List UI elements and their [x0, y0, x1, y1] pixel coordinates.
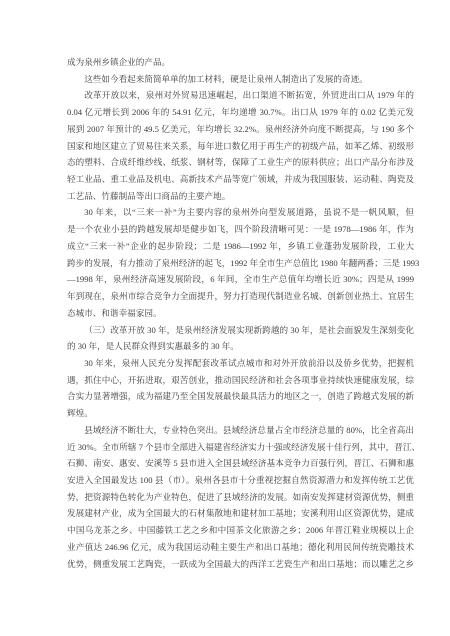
text-line: 成立“三来一补”企业的起步阶段；二是 1986—1992 年，乡镇工业蓬勃发展阶…: [67, 238, 414, 255]
text-line: 石狮、南安、惠安、安溪等 5 县市进入全国县域经济基本竞争力百强行列，晋江、石狮…: [67, 455, 414, 472]
text-line: 0.04 亿元增长到 2006 年的 54.91 亿元，年均递增 30.7%。出…: [67, 104, 414, 121]
text-line: 年到现在，泉州市综合竞争力全面提升，努力打造现代制造业名城、创新创业热土、宜居生: [67, 288, 414, 305]
text-line: 是一个农业小县的跨越发展却是健步如飞，四个阶段清晰可见：一是 1978—1986…: [67, 221, 414, 238]
text-line: 国家和地区建立了贸易往来关系，每年进口数亿用于再生产的初级产品，如苯乙烯、初级形: [67, 138, 414, 155]
text-line: 业产值达 246.96 亿元，成为我国运动鞋主要生产和出口基地；德化利用民间传统…: [67, 539, 414, 556]
text-line: 改革开放以来，泉州对外贸易迅速崛起，出口渠道不断拓宽，外贸进出口从 1979 年…: [67, 87, 414, 104]
document-page: 成为泉州乡镇企业的产品。 这些如今看起来简简单单的加工材料，硬是让泉州人制造出了…: [0, 0, 450, 636]
text-line: 的 30 年，是人民群众得到实惠最多的 30 年。: [67, 338, 414, 355]
text-line: 跨步的发展，有力推动了泉州经济的起飞，1992 年全市生产总值比 1980 年翻…: [67, 255, 414, 272]
text-line: 30 年来，以“三来一补”为主要内容的泉州外向型发展道路，虽说不是一帆风顺，但: [67, 204, 414, 221]
text-line: 轻工业品、重工业品及机电、高新技术产品等宽广领域，并成为我国服装、运动鞋、陶瓷及: [67, 171, 414, 188]
text-line: 态城市、和谐幸福家园。: [67, 305, 414, 322]
text-line: 近 30%。全市所辖 7 个县市全部进入福建省经济实力十强或经济发展十佳行列，其…: [67, 439, 414, 456]
text-line: 合实力显著增强，成为福建乃至全国发展最快最具活力的地区之一，创造了跨越式发展的新: [67, 388, 414, 405]
text-line: —1998 年，泉州经济高速发展阶段，6 年间，全市生产总值年均增长近 30%；…: [67, 271, 414, 288]
text-line: 中国乌龙茶之乡、中国藤铁工艺之乡和中国茶文化旅游之乡；2006 年晋江鞋业规模以…: [67, 522, 414, 539]
text-line: 工艺品、竹藤制品等出口商品的主要产地。: [67, 188, 414, 205]
text-line: 遇，抓住中心，开拓进取，艰苦创业，推动国民经济和社会各项事业持续快速健康发展，综: [67, 372, 414, 389]
text-line: 安进入全国最发达 100 县（市）。泉州各县市十分重视挖掘自然资源潜力和发挥传统…: [67, 472, 414, 489]
text-line: 态的塑料、合成纤维纱线、纸浆、钢材等，保障了工业生产的原料供应；出口产品分布涉及: [67, 154, 414, 171]
text-line: 优势，侧重发展工艺陶瓷，一跃成为全国最大的西洋工艺瓷生产和出口基地；而以雕艺之乡: [67, 556, 414, 573]
text-line: 发展建材产业，成为全国最大的石材集散地和建材加工基地；安溪利用山区资源优势，建成: [67, 505, 414, 522]
text-line: 势，把资源特色转化为产业特色，促进了县域经济的发展。如南安发挥建材资源优势，侧重: [67, 489, 414, 506]
text-line: （三）改革开放 30 年，是泉州经济发展实现新跨越的 30 年，是社会面貌发生深…: [67, 322, 414, 339]
text-line: 县域经济不断壮大，专业特色突出。县域经济总量占全市经济总量的 80%，比全省高出: [67, 422, 414, 439]
text-line: 这些如今看起来简简单单的加工材料，硬是让泉州人制造出了发展的奇迹。: [67, 71, 414, 88]
text-line: 展到 2007 年预计的 49.5 亿美元，年均增长 32.2%。泉州经济外向度…: [67, 121, 414, 138]
text-line: 成为泉州乡镇企业的产品。: [67, 54, 414, 71]
text-line: 30 年来，泉州人民充分发挥配套改革试点城市和对外开放前沿以及侨乡优势，把握机: [67, 355, 414, 372]
text-line: 辉煌。: [67, 405, 414, 422]
